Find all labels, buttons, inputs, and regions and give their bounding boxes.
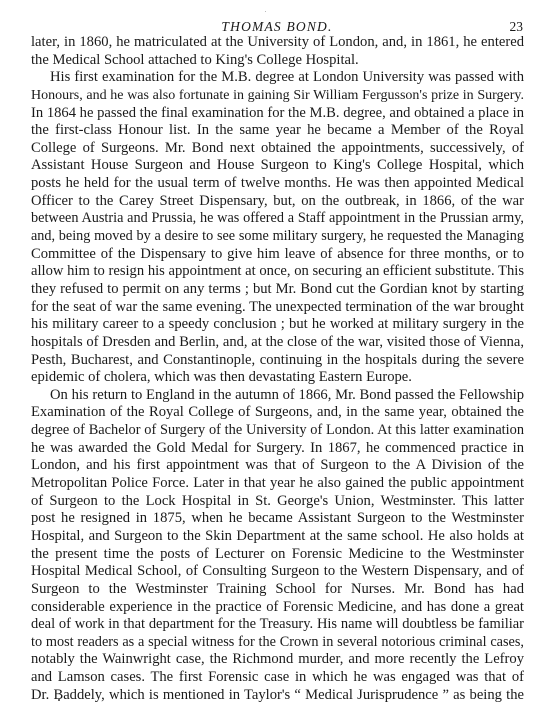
text-line: Committee of the Dispensary to give him … xyxy=(31,246,524,264)
text-line: Examination of the Royal College of Surg… xyxy=(31,404,524,422)
text-line: Metropolitan Police Force. Later in that… xyxy=(31,475,524,493)
text-line: Honours, and he was also fortunate in ga… xyxy=(31,87,524,105)
text-line: they refused to permit on any terms ; bu… xyxy=(31,281,524,299)
text-line: the Medical School attached to King's Co… xyxy=(31,52,524,70)
book-page: THOMAS BOND. 23 later, in 1860, he matri… xyxy=(0,0,544,715)
text-line: the first-class Honour list. In the same… xyxy=(31,122,524,140)
text-line: between Austria and Prussia, he was offe… xyxy=(31,210,524,228)
page-number: 23 xyxy=(510,19,524,35)
print-mark xyxy=(58,699,60,701)
text-line: post he resigned in 1875, when he became… xyxy=(31,510,524,528)
text-line: to most readers as a special witness for… xyxy=(31,634,524,652)
text-line: Hospital Medical School, of Consulting S… xyxy=(31,563,524,581)
text-line: and Lamson cases. The first Forensic cas… xyxy=(31,669,524,687)
text-line: On his return to England in the autumn o… xyxy=(31,387,524,405)
text-line: degree of Bachelor of Surgery of the Uni… xyxy=(31,422,524,440)
text-line: his military career to a speedy conclusi… xyxy=(31,316,524,334)
text-line: Pesth, Bucharest, and Constantinople, co… xyxy=(31,352,524,370)
paper-speck xyxy=(265,11,266,12)
text-line: Assistant House Surgeon and House Surgeo… xyxy=(31,157,524,175)
text-line: of Surgeon to the Lock Hospital in St. G… xyxy=(31,493,524,511)
text-line: he was awarded the Gold Medal for Surger… xyxy=(31,440,524,458)
running-title: THOMAS BOND. xyxy=(31,19,523,35)
text-line: His first examination for the M.B. degre… xyxy=(31,69,524,87)
text-line: hospitals of Dresden and Berlin, and, at… xyxy=(31,334,524,352)
text-line: epidemic of cholera, which was then deva… xyxy=(31,369,524,387)
text-line: notably the Wainwright case, the Richmon… xyxy=(31,651,524,669)
text-line: In 1864 he passed the final examination … xyxy=(31,105,524,123)
text-line: posts he held for the usual term of twel… xyxy=(31,175,524,193)
text-line: London, and his first appointment was th… xyxy=(31,457,524,475)
text-line: later, in 1860, he matriculated at the U… xyxy=(31,34,524,52)
text-line: Hospital, and Surgeon to the Skin Depart… xyxy=(31,528,524,546)
text-line: Surgeon to the Westminster Training Scho… xyxy=(31,581,524,599)
text-line: allow him to resign his appointment at o… xyxy=(31,263,524,281)
text-line: College of Surgeons. Mr. Bond next obtai… xyxy=(31,140,524,158)
text-line: Dr. Baddely, which is mentioned in Taylo… xyxy=(31,687,524,705)
body-text: later, in 1860, he matriculated at the U… xyxy=(31,34,524,704)
text-line: deal of work in that department for the … xyxy=(31,616,524,634)
text-line: and, being moved by a desire to see some… xyxy=(31,228,524,246)
text-line: Officer to the Carey Street Dispensary, … xyxy=(31,193,524,211)
text-line: considerable experience in the practice … xyxy=(31,599,524,617)
text-line: for the seat of war the same evening. Th… xyxy=(31,299,524,317)
text-line: the present time the posts of Lecturer o… xyxy=(31,546,524,564)
